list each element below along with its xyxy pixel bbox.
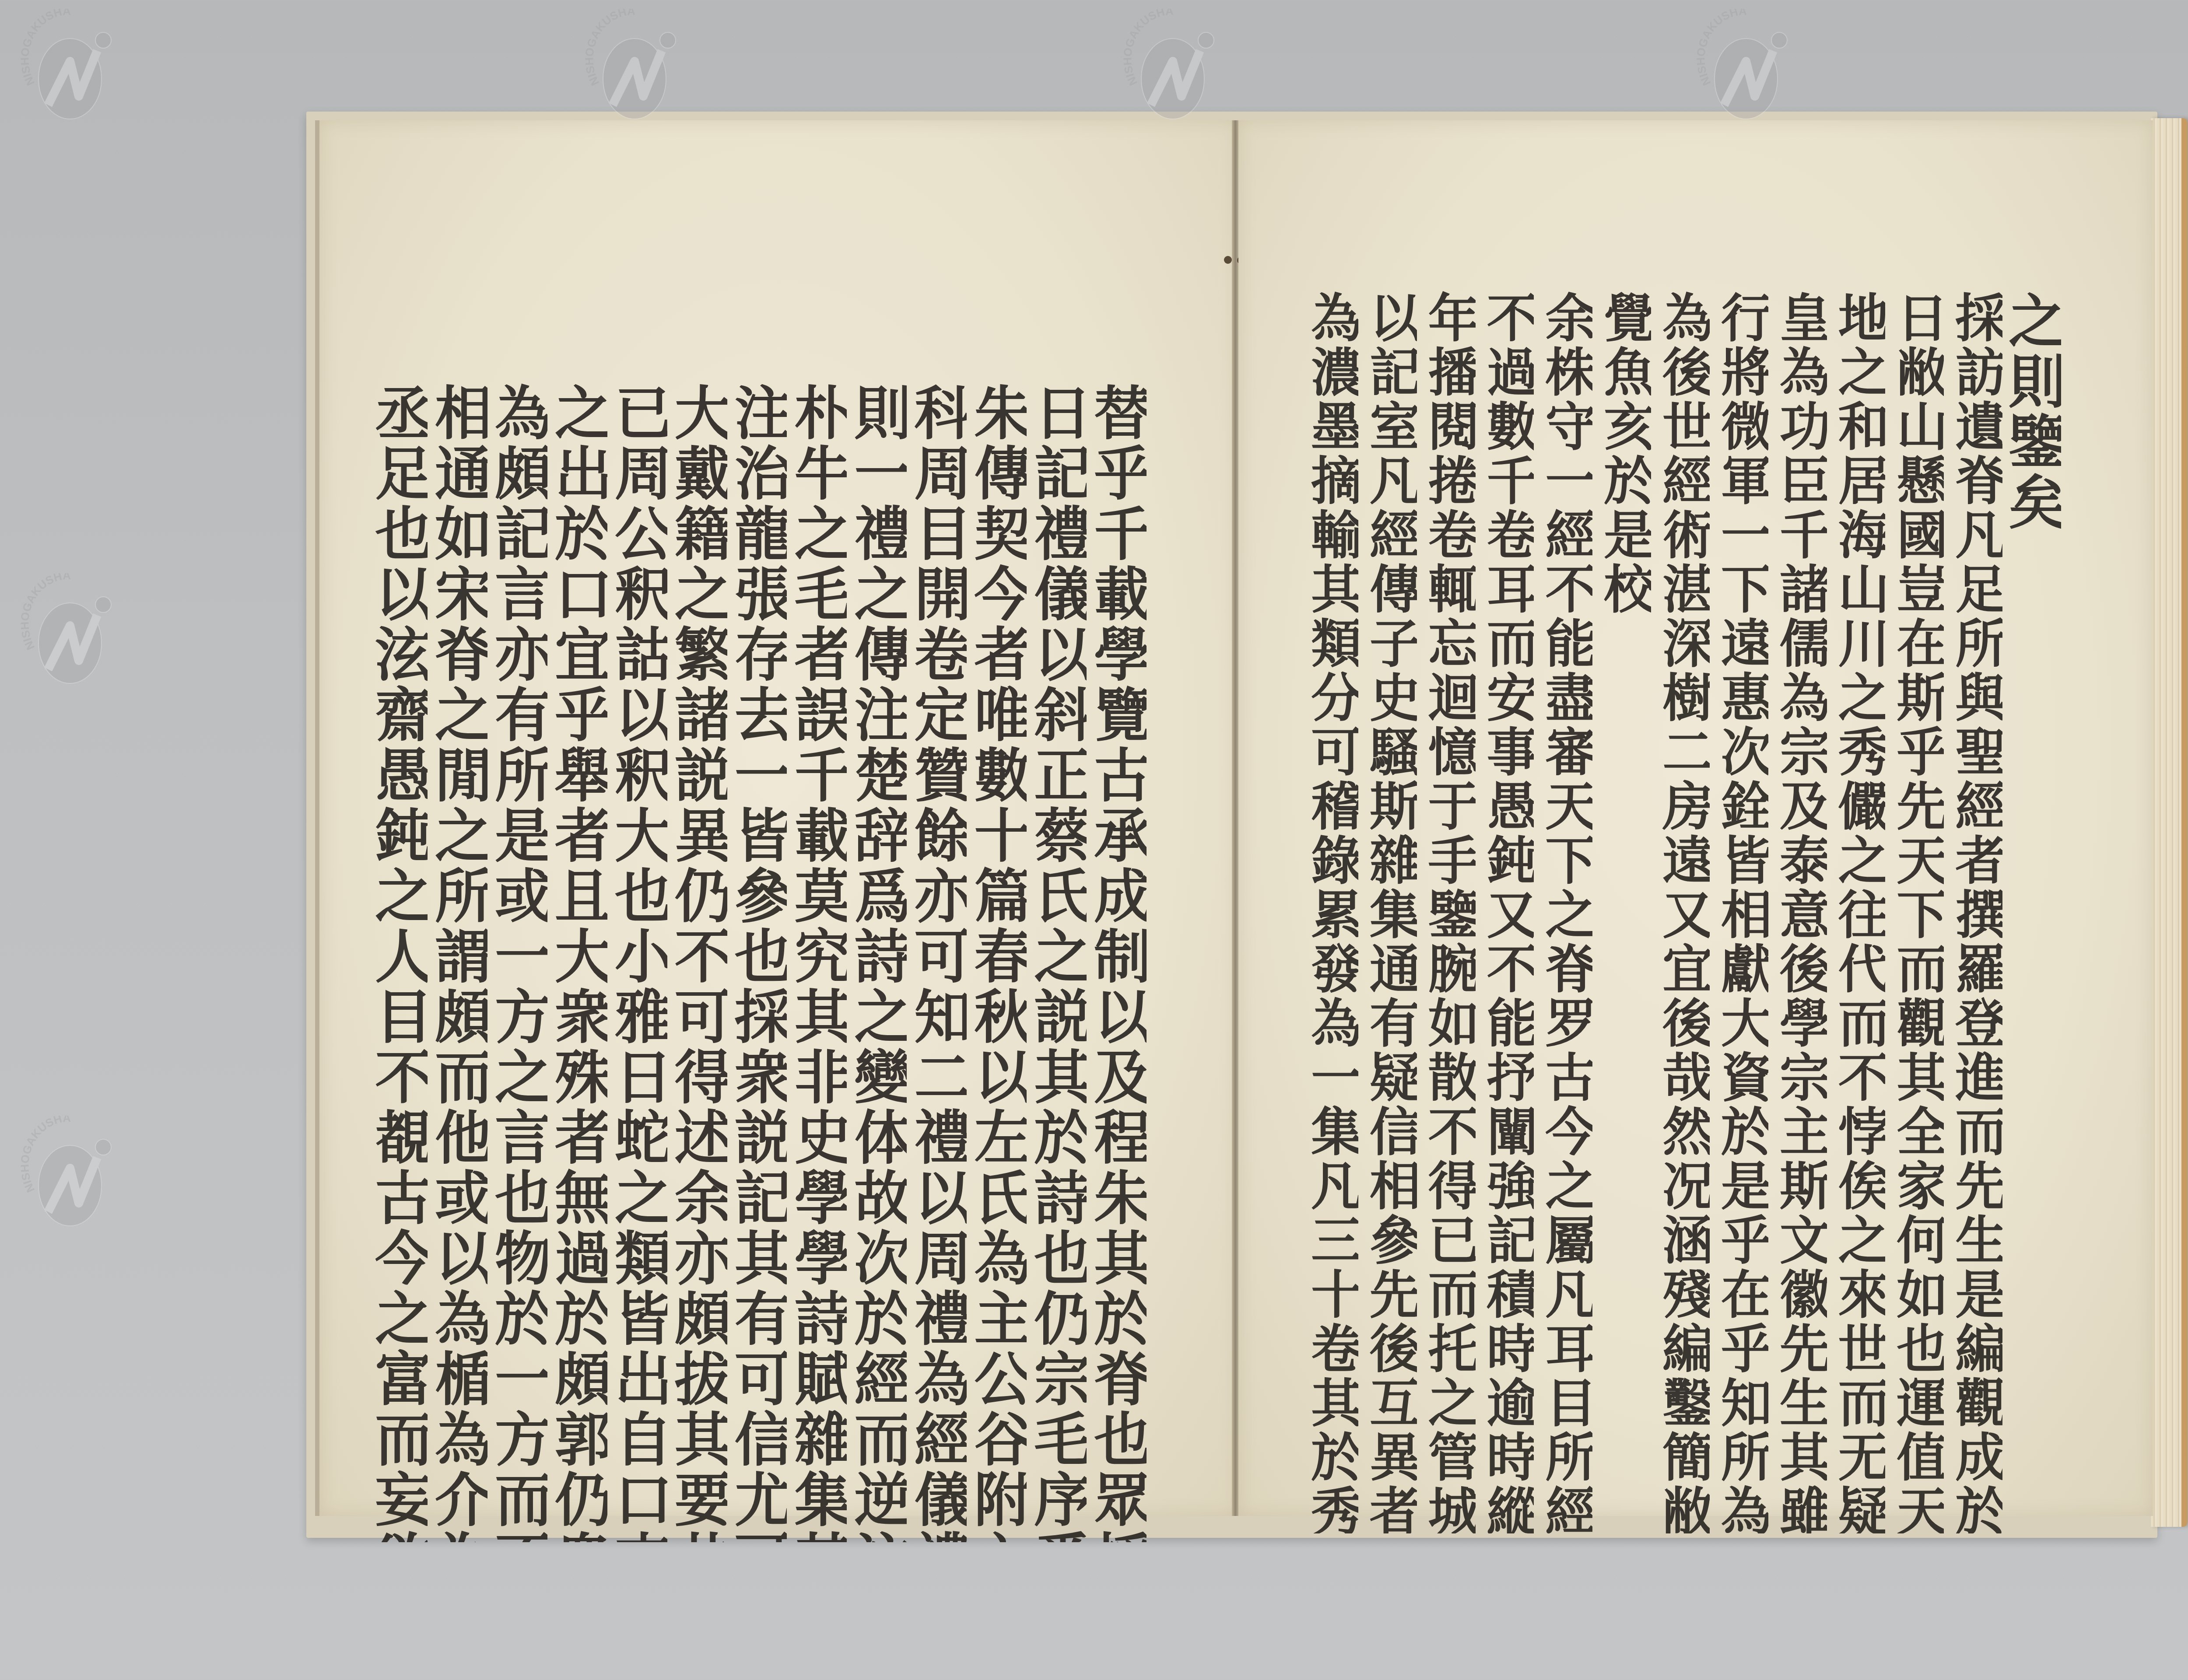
svg-text:NISHOGAKUSHA: NISHOGAKUSHA [18, 9, 71, 87]
scan-stage: NISHOGAKUSHA NISHOGAKUSHA NI [0, 0, 2188, 1680]
svg-text:NISHOGAKUSHA: NISHOGAKUSHA [582, 9, 635, 87]
text-column: 不過數千卷耳而安事愚鈍又不能抒闡強記積時逾時縱涉 [1476, 291, 1534, 1533]
text-column: 余株守一經不能盡審天下之脊罗古今之屬凡耳目所經涉者 [1534, 291, 1592, 1533]
text-column: 地之和居海山川之秀儼之往代而不悖俟之來世而无疑於歷 [1827, 291, 1886, 1533]
text-column: 以記室凡經傳子史騷斯雜集通有疑信相參先後互異者則述 [1358, 291, 1417, 1533]
right-page-text-columns: 之則鑒矣 採訪遺脊凡足所與聖經者撰羅登進而先生是編觀成於此 日敝山懸國豈在斯乎先… [1300, 291, 2061, 1516]
text-column: 覺魚亥於是校 [1592, 291, 1651, 1533]
nishogakusha-watermark-icon: NISHOGAKUSHA [1694, 9, 1794, 122]
text-column: 注治龍張存去一皆參也採衆説記其有可信尤可疑者天地之 [727, 383, 787, 1542]
text-column: 已周公釈詁以釈大也小雅日蛇之類皆出自口來千讀書言 [607, 383, 667, 1542]
text-column: 之則鑒矣 [2002, 291, 2061, 1533]
nishogakusha-watermark-icon: NISHOGAKUSHA [1120, 9, 1221, 122]
text-column: 之出於口宜乎舉者且大衆殊者無過於頗郭仍衆叙述之言以 [547, 383, 607, 1542]
text-column: 行將微軍一下遠惠次銓皆相獻大資於是乎在乎知所為後士出 [1710, 291, 1768, 1533]
text-column: 為濃墨摘輸其類分可稽錄累發為一集凡三十卷其於秀也遠 [1300, 291, 1358, 1533]
binding-hole [1224, 256, 1232, 264]
right-page: 之則鑒矣 採訪遺脊凡足所與聖經者撰羅登進而先生是編觀成於此 日敝山懸國豈在斯乎先… [1238, 120, 2153, 1516]
nishogakusha-watermark-icon: NISHOGAKUSHA [582, 9, 683, 122]
left-page-text-columns: 替乎千載學覽古承成制以及程朱其於脊也眾採古文今文暨 日記禮儀以斜正蔡氏之説其於詩… [368, 383, 1147, 1516]
book-fore-edge [2151, 118, 2188, 1527]
svg-text:NISHOGAKUSHA: NISHOGAKUSHA [1121, 9, 1174, 87]
text-column: 朴牛之毛者誤千載莫究其非史學學詩賦雜集其有抄錄幾 [787, 383, 847, 1542]
text-column: 皇為功臣千諸儒為宗及泰意後學宗主斯文徽先生其雖千歳 [1768, 291, 1827, 1533]
svg-text:NISHOGAKUSHA: NISHOGAKUSHA [18, 1116, 71, 1194]
text-column: 日敝山懸國豈在斯乎先天下而觀其全家何如也運值天 [1885, 291, 1944, 1533]
nishogakusha-watermark-icon: NISHOGAKUSHA [18, 1116, 118, 1229]
text-column: 為頗記言亦有所是或一方之言也物於一方而不能 [487, 383, 547, 1542]
svg-text:NISHOGAKUSHA: NISHOGAKUSHA [1694, 9, 1747, 87]
text-column: 為後世經術湛深樹二房遠又宜後哉然况涵殘編鑿簡敝校 [1651, 291, 1710, 1533]
left-page: 替乎千載學覽古承成制以及程朱其於脊也眾採古文今文暨 日記禮儀以斜正蔡氏之説其於詩… [315, 120, 1238, 1516]
svg-text:NISHOGAKUSHA: NISHOGAKUSHA [18, 573, 71, 652]
text-column: 日記禮儀以斜正蔡氏之説其於詩也仍宗毛序悉有証據所千 [1027, 383, 1087, 1542]
text-column: 採訪遺脊凡足所與聖經者撰羅登進而先生是編觀成於此 [1944, 291, 2002, 1533]
text-column: 替乎千載學覽古承成制以及程朱其於脊也眾採古文今文暨 [1087, 383, 1147, 1542]
text-column: 相通如宋脊之閒之所謂頗而他或以為楯為介為爰為京其此 [428, 383, 487, 1542]
text-column: 大戴籍之繁諸説異仍不可得述余亦頗拔其要共識其大者而 [667, 383, 727, 1542]
text-column: 科周目開卷定贊餘亦可知二禮以周禮為經儀禮為緯而禮記 [907, 383, 967, 1542]
text-column: 則一禮之傳注楚辞爲詩之變体故次於經而逆注浅陋如蕞叢 [847, 383, 907, 1542]
nishogakusha-watermark-icon: NISHOGAKUSHA [18, 9, 118, 122]
nishogakusha-watermark-icon: NISHOGAKUSHA [18, 573, 118, 687]
text-column: 丞足也以泫齋愚鈍之人目不覩古今之富而妄欲拔其萃蒐藏 [368, 383, 428, 1542]
text-column: 年播閱捲卷輒忘迴憶于手鑒腕如散不得已而托之管城子假 [1417, 291, 1476, 1533]
text-column: 朱傳契今者唯數十篇春秋以左氏為主公谷附之胡氏以參其將 [967, 383, 1027, 1542]
